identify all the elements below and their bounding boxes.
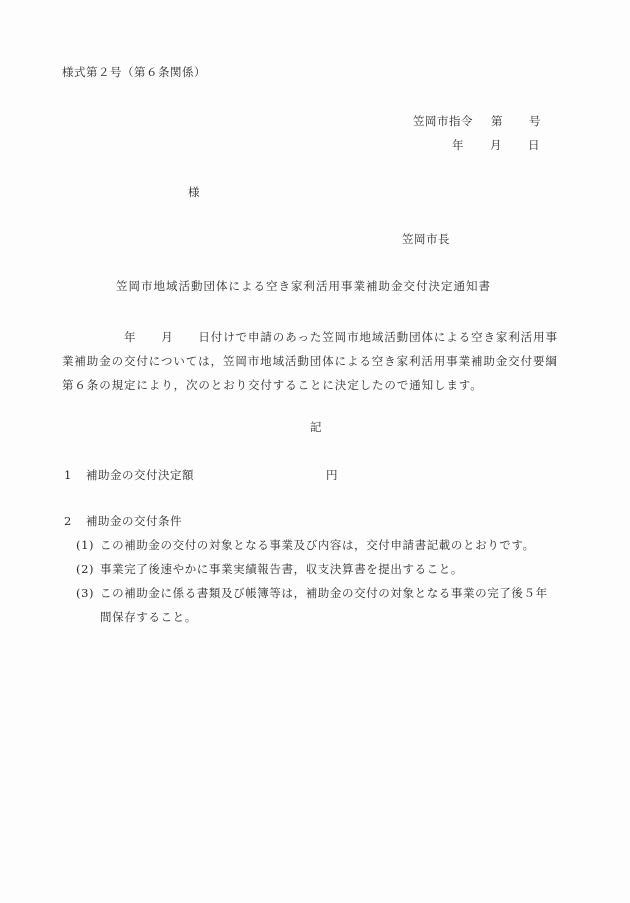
- condition-number: (2): [76, 564, 100, 576]
- reference-number: 笠岡市指令第号: [413, 116, 541, 128]
- date-day: 日: [528, 140, 540, 152]
- item-grant-conditions: 2補助金の交付条件: [64, 516, 182, 528]
- item-label: 補助金の交付決定額: [86, 470, 326, 482]
- date-month: 月: [490, 140, 502, 152]
- document-title: 笠岡市地域活動団体による空き家利活用事業補助金交付決定通知書: [116, 281, 491, 293]
- body-line: 年 月 日付けで申請のあった笠岡市地域活動団体による空き家利活用事: [62, 325, 582, 349]
- condition-text: この補助金の交付の対象となる事業及び内容は，交付申請書記載のとおりです。: [100, 538, 535, 552]
- form-number: 様式第２号（第６条関係）: [62, 67, 206, 79]
- date-year: 年: [452, 140, 464, 152]
- number-suffix: 号: [529, 116, 541, 128]
- body-paragraph: 年 月 日付けで申請のあった笠岡市地域活動団体による空き家利活用事 業補助金の交…: [62, 325, 582, 397]
- condition-text: 事業完了後速やかに事業実績報告書，収支決算書を提出すること。: [100, 562, 463, 576]
- addressee: 様: [188, 187, 200, 199]
- condition-3: (3)この補助金に係る書類及び帳簿等は，補助金の交付の対象となる事業の完了後５年: [76, 588, 548, 600]
- item-number: 2: [64, 516, 86, 528]
- condition-1: (1)この補助金の交付の対象となる事業及び内容は，交付申請書記載のとおりです。: [76, 540, 535, 552]
- condition-3-continuation: 間保存すること。: [100, 612, 197, 624]
- currency-unit: 円: [326, 468, 338, 482]
- item-number: 1: [64, 470, 86, 482]
- sender: 笠岡市長: [402, 234, 450, 246]
- condition-number: (1): [76, 540, 100, 552]
- condition-text: この補助金に係る書類及び帳簿等は，補助金の交付の対象となる事業の完了後５年: [100, 586, 548, 600]
- item-label: 補助金の交付条件: [86, 514, 182, 528]
- item-grant-amount: 1補助金の交付決定額円: [64, 470, 338, 482]
- condition-number: (3): [76, 588, 100, 600]
- kigo-heading: 記: [310, 422, 322, 434]
- issuer-label: 笠岡市指令: [413, 116, 473, 128]
- number-prefix: 第: [491, 116, 503, 128]
- issue-date: 年月日: [452, 140, 540, 152]
- body-line: 業補助金の交付については，笠岡市地域活動団体による空き家利活用事業補助金交付要綱: [62, 349, 582, 373]
- body-line: 第６条の規定により，次のとおり交付することに決定したので通知します。: [62, 373, 582, 397]
- condition-2: (2)事業完了後速やかに事業実績報告書，収支決算書を提出すること。: [76, 564, 463, 576]
